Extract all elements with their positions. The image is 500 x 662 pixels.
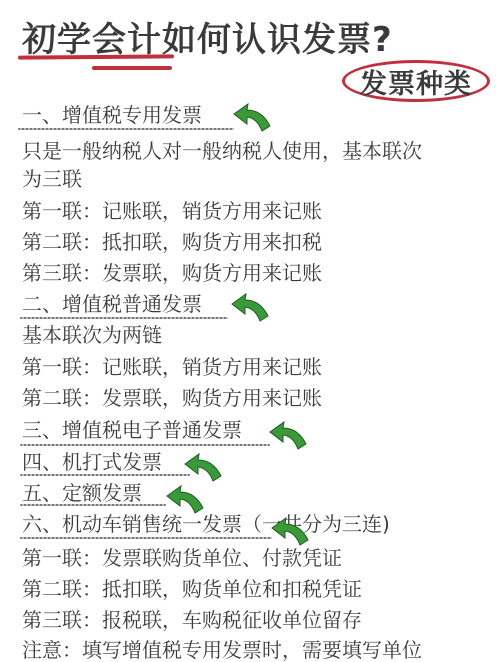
heading-underline bbox=[20, 474, 190, 476]
heading-underline bbox=[20, 317, 228, 319]
text-line: 第一联：发票联购货单位、付款凭证 bbox=[22, 545, 342, 571]
heading-machine-printed: 四、机打式发票 bbox=[22, 449, 162, 475]
title-underline-short bbox=[92, 66, 172, 70]
heading-vat-general: 二、增值税普通发票 bbox=[22, 291, 202, 317]
heading-underline bbox=[20, 504, 166, 506]
text-line: 第三联：报税联，车购税征收单位留存 bbox=[22, 607, 362, 633]
heading-underline bbox=[20, 537, 272, 539]
text-line: 第一联：记账联，销货方用来记账 bbox=[22, 198, 322, 224]
heading-underline bbox=[20, 444, 270, 446]
text-line: 基本联次为两链 bbox=[22, 322, 162, 348]
text-line: 第三联：发票联，购货方用来记账 bbox=[22, 260, 322, 286]
category-badge: 发票种类 bbox=[342, 60, 490, 102]
text-line: 第二联：抵扣联，购货单位和扣税凭证 bbox=[22, 576, 362, 602]
heading-underline bbox=[18, 128, 234, 130]
green-arrow-icon bbox=[268, 420, 308, 450]
green-arrow-icon bbox=[183, 452, 223, 482]
text-line: 只是一般纳税人对一般纳税人使用，基本联次 bbox=[22, 138, 422, 164]
badge-label: 发票种类 bbox=[360, 62, 472, 101]
green-arrow-icon bbox=[270, 516, 310, 546]
heading-motor-vehicle: 六、机动车销售统一发票（一共分为三连) bbox=[22, 511, 390, 537]
green-arrow-icon bbox=[230, 292, 270, 322]
green-arrow-icon bbox=[165, 484, 205, 514]
heading-fixed-amount: 五、定额发票 bbox=[22, 480, 142, 506]
text-line: 第二联：发票联，购货方用来记账 bbox=[22, 385, 322, 411]
text-line: 注意：填写增值税专用发票时，需要填写单位 bbox=[22, 637, 422, 662]
green-arrow-icon bbox=[232, 102, 272, 132]
heading-vat-special: 一、增值税专用发票 bbox=[22, 102, 202, 128]
text-line: 第一联：记账联，销货方用来记账 bbox=[22, 354, 322, 380]
page-title: 初学会计如何认识发票? bbox=[22, 12, 393, 61]
heading-vat-electronic: 三、增值税电子普通发票 bbox=[22, 417, 242, 443]
text-line: 第二联：抵扣联，购货方用来扣税 bbox=[22, 229, 322, 255]
text-line: 为三联 bbox=[22, 166, 82, 192]
